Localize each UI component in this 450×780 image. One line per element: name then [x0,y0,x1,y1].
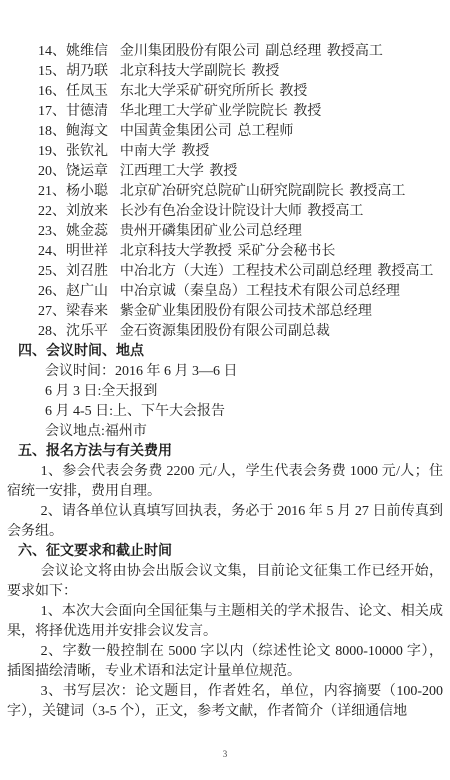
attendee-affiliation: 中冶京诚（秦皇岛）工程技术有限公司总经理 [120,284,400,299]
section-paragraph: 1、参会代表会务费 2200 元/人，学生代表会务费 1000 元/人；住宿统一… [7,462,443,502]
section-heading: 六、征文要求和截止时间 [7,542,443,562]
attendee-number: 15、 [38,64,66,79]
attendee-affiliation: 江西理工大学 教授 [120,164,238,179]
attendee-number: 17、 [38,104,66,119]
attendee-number: 14、 [38,44,66,59]
attendee-affiliation: 北京科技大学副院长 教授 [120,64,280,79]
attendee-affiliation: 紫金矿业集团股份有限公司技术部总经理 [120,304,372,319]
attendee-name: 刘召胜 [66,264,108,279]
attendee-number: 16、 [38,84,66,99]
section-paragraph: 3、书写层次：论文题目，作者姓名，单位，内容摘要（100-200 字），关键词（… [7,682,443,722]
section-meeting-time-place: 四、会议时间、地点 会议时间：2016 年 6 月 3—6 日 6 月 3 日:… [7,342,443,442]
attendee-number: 20、 [38,164,66,179]
section-heading: 五、报名方法与有关费用 [7,442,443,462]
attendee-row: 18、鲍海文中国黄金集团公司 总工程师 [7,122,443,142]
attendee-row: 28、沈乐平金石资源集团股份有限公司副总裁 [7,322,443,342]
page-number: 3 [0,744,450,764]
section-paragraph: 2、请各单位认真填写回执表，务必于 2016 年 5 月 27 日前传真到会务组… [7,502,443,542]
section-registration-fees: 五、报名方法与有关费用 1、参会代表会务费 2200 元/人，学生代表会务费 1… [7,442,443,542]
attendee-name: 杨小聪 [66,184,108,199]
attendee-name: 甘德清 [66,104,108,119]
attendee-name: 刘放来 [66,204,108,219]
section-paragraph: 1、本次大会面向全国征集与主题相关的学术报告、论文、相关成果，将择优选用并安排会… [7,602,443,642]
section-line: 6 月 3 日:全天报到 [7,382,443,402]
attendee-affiliation: 东北大学采矿研究所所长 教授 [120,84,308,99]
document-content: 14、姚维信金川集团股份有限公司 副总经理 教授高工 15、胡乃联北京科技大学副… [0,0,450,722]
attendee-row: 16、任凤玉东北大学采矿研究所所长 教授 [7,82,443,102]
attendee-name: 梁春来 [66,304,108,319]
section-heading: 四、会议时间、地点 [7,342,443,362]
section-line: 会议地点:福州市 [7,422,443,442]
section-lines: 会议时间：2016 年 6 月 3—6 日 6 月 3 日:全天报到 6 月 4… [7,362,443,442]
section-paragraph: 会议论文将由协会出版会议文集，目前论文征集工作已经开始，要求如下： [7,562,443,602]
attendee-row: 21、杨小聪北京矿冶研究总院矿山研究院副院长 教授高工 [7,182,443,202]
attendee-list: 14、姚维信金川集团股份有限公司 副总经理 教授高工 15、胡乃联北京科技大学副… [7,42,443,342]
attendee-number: 21、 [38,184,66,199]
attendee-affiliation: 中国黄金集团公司 总工程师 [120,124,294,139]
attendee-row: 24、明世祥北京科技大学教授 采矿分会秘书长 [7,242,443,262]
attendee-number: 19、 [38,144,66,159]
attendee-number: 22、 [38,204,66,219]
attendee-number: 24、 [38,244,66,259]
section-line: 会议时间：2016 年 6 月 3—6 日 [7,362,443,382]
attendee-name: 饶运章 [66,164,108,179]
attendee-affiliation: 华北理工大学矿业学院院长 教授 [120,104,322,119]
section-paragraphs: 会议论文将由协会出版会议文集，目前论文征集工作已经开始，要求如下： 1、本次大会… [7,562,443,722]
attendee-name: 张钦礼 [66,144,108,159]
attendee-affiliation: 贵州开磷集团矿业公司总经理 [120,224,302,239]
attendee-row: 20、饶运章江西理工大学 教授 [7,162,443,182]
attendee-row: 17、甘德清华北理工大学矿业学院院长 教授 [7,102,443,122]
attendee-affiliation: 北京矿冶研究总院矿山研究院副院长 教授高工 [120,184,406,199]
attendee-affiliation: 金石资源集团股份有限公司副总裁 [120,324,330,339]
attendee-number: 23、 [38,224,66,239]
attendee-affiliation: 中南大学 教授 [120,144,210,159]
attendee-row: 25、刘召胜中冶北方（大连）工程技术公司副总经理 教授高工 [7,262,443,282]
attendee-name: 鲍海文 [66,124,108,139]
attendee-row: 22、刘放来长沙有色冶金设计院设计大师 教授高工 [7,202,443,222]
attendee-number: 26、 [38,284,66,299]
attendee-name: 胡乃联 [66,64,108,79]
attendee-number: 18、 [38,124,66,139]
attendee-row: 23、姚金蕊贵州开磷集团矿业公司总经理 [7,222,443,242]
attendee-name: 沈乐平 [66,324,108,339]
attendee-row: 14、姚维信金川集团股份有限公司 副总经理 教授高工 [7,42,443,62]
attendee-row: 26、赵广山中冶京诚（秦皇岛）工程技术有限公司总经理 [7,282,443,302]
section-paragraphs: 1、参会代表会务费 2200 元/人，学生代表会务费 1000 元/人；住宿统一… [7,462,443,542]
section-paragraph: 2、字数一般控制在 5000 字以内（综述性论文 8000-10000 字），插… [7,642,443,682]
attendee-number: 25、 [38,264,66,279]
attendee-row: 27、梁春来紫金矿业集团股份有限公司技术部总经理 [7,302,443,322]
attendee-name: 明世祥 [66,244,108,259]
attendee-name: 姚维信 [66,44,108,59]
attendee-name: 姚金蕊 [66,224,108,239]
document-page: 14、姚维信金川集团股份有限公司 副总经理 教授高工 15、胡乃联北京科技大学副… [0,0,450,780]
attendee-row: 19、张钦礼中南大学 教授 [7,142,443,162]
section-line: 6 月 4-5 日:上、下午大会报告 [7,402,443,422]
attendee-number: 28、 [38,324,66,339]
attendee-affiliation: 长沙有色冶金设计院设计大师 教授高工 [120,204,364,219]
attendee-affiliation: 金川集团股份有限公司 副总经理 教授高工 [120,44,383,59]
section-paper-requirements: 六、征文要求和截止时间 会议论文将由协会出版会议文集，目前论文征集工作已经开始，… [7,542,443,722]
attendee-row: 15、胡乃联北京科技大学副院长 教授 [7,62,443,82]
attendee-name: 赵广山 [66,284,108,299]
attendee-affiliation: 中冶北方（大连）工程技术公司副总经理 教授高工 [120,264,434,279]
attendee-affiliation: 北京科技大学教授 采矿分会秘书长 [120,244,336,259]
attendee-number: 27、 [38,304,66,319]
attendee-name: 任凤玉 [66,84,108,99]
